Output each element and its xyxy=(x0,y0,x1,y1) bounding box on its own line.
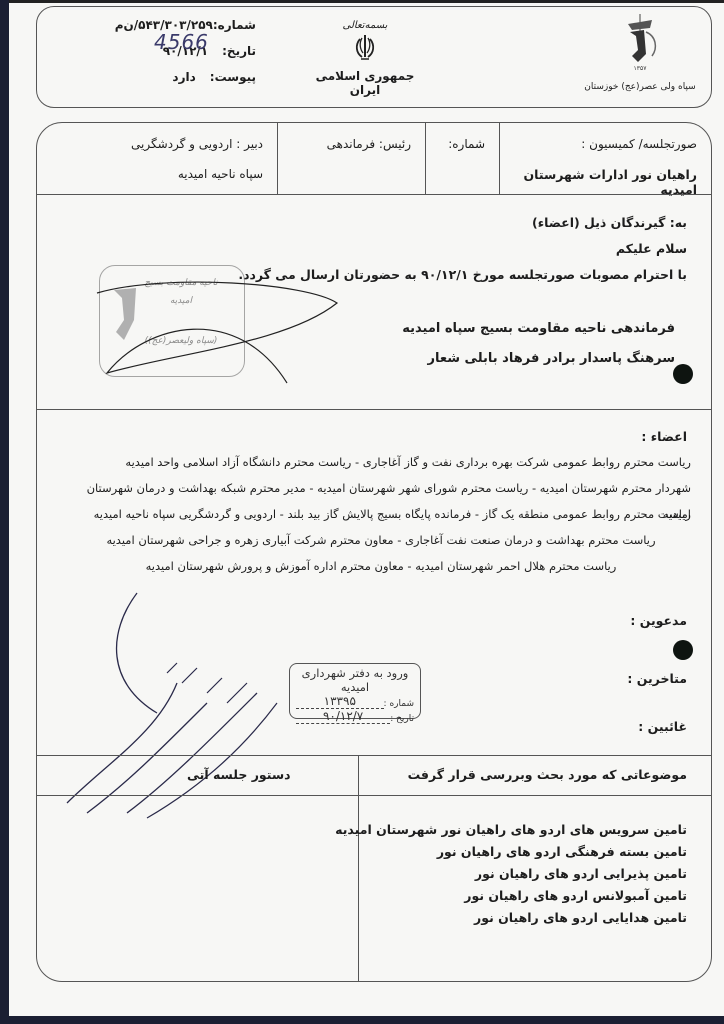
attachment-label: پیوست: xyxy=(210,70,256,84)
committee-label: صورتجلسه/ کمیسیون : xyxy=(514,137,697,151)
members-list: ریاست محترم روابط عمومی شرکت بهره برداری… xyxy=(71,449,691,579)
topic-item: تامین آمبولانس اردو های راهیان نور xyxy=(335,885,687,907)
member-line: ریاست محترم هلال احمر شهرستان امیدیه - م… xyxy=(71,553,691,579)
section-divider xyxy=(37,409,711,410)
org-logo-block: ۱۳۵۷ سپاه ولی عصر(عج) خوزستان xyxy=(570,10,710,92)
chair-cell: رئیس: فرماندهی xyxy=(277,123,425,195)
absent-label: غائبین : xyxy=(638,719,687,734)
receipt-number-row: شماره : ۱۳۳۹۵ xyxy=(296,694,414,709)
punch-hole xyxy=(673,364,693,384)
org-name: سپاه ولی عصر(عج) خوزستان xyxy=(570,82,710,92)
letter-recipients: به: گیرندگان ذیل (اعضاء) xyxy=(87,215,687,241)
member-line: شهردار محترم شهرستان امیدیه - ریاست محتر… xyxy=(71,475,691,501)
attachment-value: دارد xyxy=(172,70,195,84)
minutes-frame: صورتجلسه/ کمیسیون : راهیان نور ادارات شه… xyxy=(36,122,712,982)
country-name: جمهوری اسلامی ایران xyxy=(300,69,430,97)
secretary-label: دبیر : اردویی و گردشگریی xyxy=(49,137,263,151)
signature-scribble xyxy=(87,263,347,393)
scan-edge-bottom xyxy=(0,1016,724,1024)
irgc-logo-icon: ۱۳۵۷ xyxy=(610,10,670,76)
member-line: ریاست محترم روابط عمومی منطقه یک گاز - ف… xyxy=(71,501,691,527)
chair-label: رئیس: فرماندهی xyxy=(292,137,411,151)
agenda-divider-header xyxy=(37,795,711,796)
topic-item: تامین پذیرایی اردو های راهیان نور xyxy=(335,863,687,885)
member-line: ریاست محترم روابط عمومی شرکت بهره برداری… xyxy=(71,449,691,475)
meta-date-row: تاریخ: ۹۰/۱۲/۱ xyxy=(46,38,256,64)
receipt-date-row: تاریخ : ۹۰/۱۲/۷ xyxy=(296,709,414,724)
committee-cell: صورتجلسه/ کمیسیون : راهیان نور ادارات شه… xyxy=(499,123,711,195)
punch-hole xyxy=(673,640,693,660)
receipt-stamp: ورود به دفتر شهرداری امیدیه شماره : ۱۳۳۹… xyxy=(289,663,421,719)
members-label: اعضاء : xyxy=(641,429,687,444)
handwritten-number: 4566 xyxy=(154,30,209,54)
letterhead-center: بسمه‌تعالی جمهوری اسلامی ایران xyxy=(300,20,430,97)
meta-number-row: شماره: ۵۴۳/۳۰۳/۲۵۹/ن‌م xyxy=(46,12,256,38)
agenda-divider-top xyxy=(37,755,711,756)
session-number-cell: شماره: xyxy=(425,123,499,195)
secretary-value: سپاه ناحیه امیدیه xyxy=(49,167,263,181)
iran-emblem-icon xyxy=(353,33,377,61)
next-agenda-header: دستور جلسه آتی xyxy=(187,767,291,782)
session-number-label: شماره: xyxy=(440,137,485,151)
svg-text:۱۳۵۷: ۱۳۵۷ xyxy=(634,65,648,72)
info-row: صورتجلسه/ کمیسیون : راهیان نور ادارات شه… xyxy=(37,123,711,195)
secretary-cell: دبیر : اردویی و گردشگریی سپاه ناحیه امید… xyxy=(36,123,277,195)
topic-item: تامین سرویس های اردو های راهیان نور شهرس… xyxy=(335,819,687,841)
number-label: شماره: xyxy=(213,18,256,32)
meta-attachment-row: پیوست: دارد xyxy=(46,64,256,90)
letter-meta: شماره: ۵۴۳/۳۰۳/۲۵۹/ن‌م تاریخ: ۹۰/۱۲/۱ پی… xyxy=(46,12,256,90)
receipt-date: ۹۰/۱۲/۷ xyxy=(296,710,390,724)
receipt-number: ۱۳۳۹۵ xyxy=(296,695,384,709)
date-label: تاریخ: xyxy=(222,44,256,58)
discussed-topics-header: موضوعاتی که مورد بحث وبررسی قرار گرفت xyxy=(408,767,687,782)
bismillah: بسمه‌تعالی xyxy=(300,20,430,31)
member-line: ریاست محترم بهداشت و درمان صنعت نفت آغاج… xyxy=(71,527,691,553)
discussed-topics-list: تامین سرویس های اردو های راهیان نور شهرس… xyxy=(335,819,687,929)
topic-item: تامین بسته فرهنگی اردو های راهیان نور xyxy=(335,841,687,863)
topic-item: تامین هدایایی اردو های راهیان نور xyxy=(335,907,687,929)
handwritten-annotation xyxy=(36,583,307,823)
committee-value: راهیان نور ادارات شهرستان امیدیه xyxy=(514,167,697,197)
scan-edge-left xyxy=(0,0,9,1024)
late-label: متاخرین : xyxy=(627,671,687,686)
invited-label: مدعوین : xyxy=(630,613,687,628)
receipt-stamp-title: ورود به دفتر شهرداری امیدیه xyxy=(296,666,414,694)
